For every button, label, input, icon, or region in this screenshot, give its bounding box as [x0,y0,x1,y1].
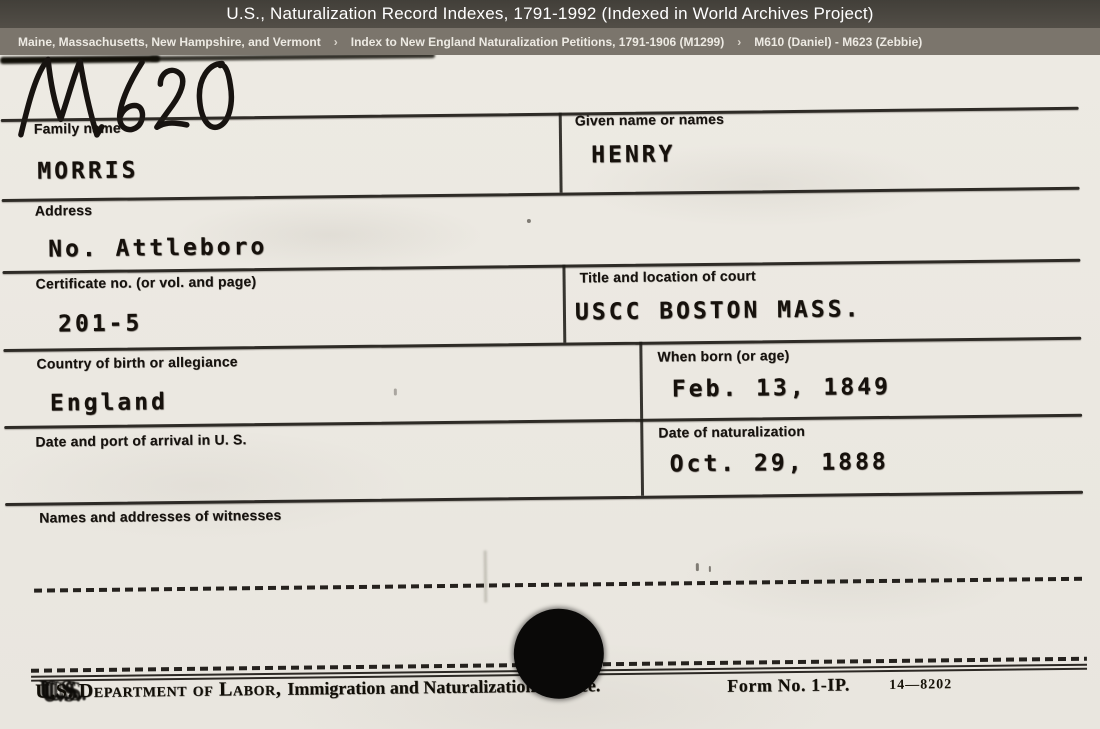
breadcrumb-separator-icon: › [737,35,741,49]
breadcrumb-item-region[interactable]: Maine, Massachusetts, New Hampshire, and… [18,35,321,49]
field-value-court: USCC BOSTON MASS. [575,296,862,325]
field-label-naturalization-date: Date of naturalization [658,423,805,441]
scan-streak [484,551,488,603]
field-value-birth-country: England [50,389,168,416]
column-divider [559,113,563,193]
breadcrumb-item-roll[interactable]: M610 (Daniel) - M623 (Zebbie) [754,35,922,49]
scan-speck [709,566,711,572]
field-label-certificate-no: Certificate no. (or vol. and page) [36,273,257,292]
field-value-certificate-no: 201-5 [58,310,143,337]
field-label-witnesses: Names and addresses of witnesses [39,507,281,526]
field-value-family-name: MORRIS [37,157,138,184]
scan-speck [527,219,531,223]
ink-overstamp: U.S. [39,674,79,705]
field-value-address: No. Attleboro [48,234,267,262]
breadcrumb: Maine, Massachusetts, New Hampshire, and… [0,28,1100,55]
scan-speck [696,563,699,571]
scan-speck [394,389,397,396]
field-label-given-name: Given name or names [575,111,724,129]
print-code: 14—8202 [889,677,952,694]
column-divider [562,265,566,343]
title-bar: U.S., Naturalization Record Indexes, 179… [0,0,1100,28]
form-number: Form No. 1-IP. [727,674,850,696]
field-label-when-born: When born (or age) [657,347,789,364]
field-value-naturalization-date: Oct. 29, 1888 [670,449,889,477]
field-value-given-name: HENRY [591,141,676,168]
breadcrumb-item-series[interactable]: Index to New England Naturalization Peti… [351,35,724,49]
record-image-viewer[interactable]: M 620 Family name MORRIS Given name or n… [0,55,1100,729]
collection-title: U.S., Naturalization Record Indexes, 179… [226,4,873,24]
handwritten-roll-number-text: M 620 [0,55,1,56]
column-divider [640,419,644,496]
field-label-arrival: Date and port of arrival in U. S. [35,431,246,449]
field-value-when-born: Feb. 13, 1849 [672,374,891,402]
breadcrumb-separator-icon: › [334,35,338,49]
field-label-birth-country: Country of birth or allegiance [36,353,237,371]
field-label-court: Title and location of court [579,267,755,285]
rule-line [2,187,1080,202]
rule-line [3,337,1081,352]
field-label-address: Address [35,202,93,219]
rule-line [5,491,1083,506]
index-card: M 620 Family name MORRIS Given name or n… [0,55,1100,729]
column-divider [639,342,643,419]
rule-line [4,414,1082,429]
dashed-rule-line [34,577,1086,593]
field-label-family-name: Family name [34,120,121,137]
